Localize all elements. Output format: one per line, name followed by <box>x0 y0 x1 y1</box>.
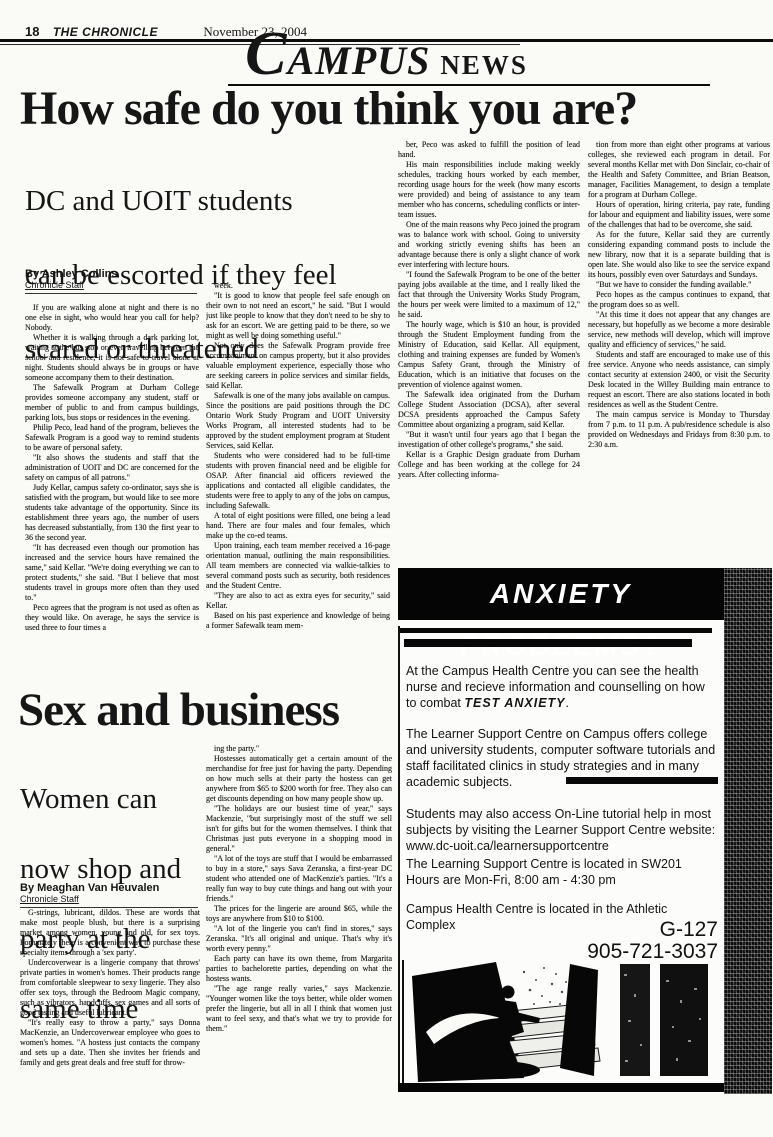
ad-paragraph-3: Students may also access On-Line tutoria… <box>406 806 718 854</box>
paragraph: "The age range really varies," says Mack… <box>206 984 392 1034</box>
paragraph: As for the future, Kellar said they are … <box>588 230 770 280</box>
section-masthead: CAMPUSNEWS <box>0 28 773 84</box>
ad-left-border <box>398 626 400 1088</box>
paragraph: The hourly wage, which is $10 an hour, i… <box>398 320 580 390</box>
paragraph: G-strings, lubricant, dildos. These are … <box>20 908 200 958</box>
paragraph: "But we have to consider the funding ava… <box>588 280 770 290</box>
paragraph: The Safewalk idea originated from the Du… <box>398 390 580 430</box>
paragraph: "But it wasn't until four years ago that… <box>398 430 580 450</box>
ad-room-number: G-127 <box>406 918 718 942</box>
subhead-line: Women can <box>20 779 205 820</box>
masthead-initial: C <box>245 20 287 88</box>
second-article-column-1: G-strings, lubricant, dildos. These are … <box>20 908 200 1108</box>
paragraph: "I found the Safewalk Program to be one … <box>398 270 580 320</box>
paragraph: Judy Kellar, campus safety co-ordinator,… <box>25 483 199 543</box>
ad-paragraph-1: At the Campus Health Centre you can see … <box>406 663 718 711</box>
paragraph: Students who were considered had to be f… <box>206 451 390 511</box>
newspaper-page: 18 THE CHRONICLE November 23, 2004 CAMPU… <box>0 0 773 1137</box>
ad-divider-bar <box>566 777 718 784</box>
byline-role: Chronicle Staff <box>20 894 198 905</box>
paragraph: Undercoverwear is a lingerie company tha… <box>20 958 200 1018</box>
paragraph: Peco hopes as the campus continues to ex… <box>588 290 770 310</box>
paragraph: "They are also to act as extra eyes for … <box>206 591 390 611</box>
paragraph: Not only does the Safewalk Program provi… <box>206 341 390 391</box>
paragraph: "It's really easy to throw a party," say… <box>20 1018 200 1068</box>
ad-location-line-2: Hours are Mon-Fri, 8:00 am - 4:30 pm <box>406 872 718 888</box>
paragraph: Philip Peco, lead hand of the program, b… <box>25 423 199 453</box>
byline-author: By Ashley Collins <box>25 268 197 280</box>
paragraph: Hostesses automatically get a certain am… <box>206 754 392 804</box>
ad-location-line-1: The Learning Support Centre is located i… <box>406 856 718 872</box>
main-article-column-1: If you are walking alone at night and th… <box>25 303 199 660</box>
stairs-illustration <box>402 960 720 1083</box>
paragraph: The prices for the lingerie are around $… <box>206 904 392 924</box>
paragraph: A total of eight positions were filled, … <box>206 511 390 541</box>
paragraph: "A lot of the lingerie you can't find in… <box>206 924 392 954</box>
second-byline: By Meaghan Van Heuvalen Chronicle Staff <box>20 882 198 908</box>
stairs-illustration-svg <box>404 960 720 1083</box>
paragraph: "At this time it does not appear that an… <box>588 310 770 350</box>
anxiety-ad: ANXIETY PROBLEMS? At the Campus Health C… <box>398 568 772 1094</box>
byline-author: By Meaghan Van Heuvalen <box>20 882 198 894</box>
paragraph: "The holidays are our busiest time of ye… <box>206 804 392 854</box>
paragraph: week. <box>206 281 390 291</box>
paragraph: "It also shows the students and staff th… <box>25 453 199 483</box>
second-article-column-2: ing the party."Hostesses automatically g… <box>206 744 392 1124</box>
paragraph: Upon training, each team member received… <box>206 541 390 591</box>
main-headline: How safe do you think you are? <box>20 82 765 136</box>
masthead-rest: AMPUS <box>288 38 431 83</box>
paragraph: Students and staff are encouraged to mak… <box>588 350 770 410</box>
paragraph: Peco agrees that the program is not used… <box>25 603 199 633</box>
masthead-suffix: NEWS <box>440 50 528 80</box>
paragraph: If you are walking alone at night and th… <box>25 303 199 333</box>
paragraph: "It is good to know that people feel saf… <box>206 291 390 341</box>
paragraph: Each party can have its own theme, from … <box>206 954 392 984</box>
main-article-column-4: tion from more than eight other programs… <box>588 140 770 562</box>
paragraph: His main responsibilities include making… <box>398 160 580 220</box>
ad-noise-strip <box>724 568 772 1094</box>
paragraph: ber, Peco was asked to fulfill the posit… <box>398 140 580 160</box>
paragraph: ing the party." <box>206 744 392 754</box>
paragraph: Whether it is walking through a dark par… <box>25 333 199 383</box>
byline-role: Chronicle Staff <box>25 280 197 291</box>
paragraph: Safewalk is one of the many jobs availab… <box>206 391 390 451</box>
paragraph: tion from more than eight other programs… <box>588 140 770 200</box>
paragraph: One of the main reasons why Peco joined … <box>398 220 580 270</box>
ad-rule <box>404 639 692 647</box>
paragraph: "It has decreased even though our promot… <box>25 543 199 603</box>
ad-rule <box>400 628 712 633</box>
ad-test-anxiety-emphasis: TEST ANXIETY <box>464 696 565 710</box>
subhead-line: DC and UOIT students <box>25 179 405 224</box>
paragraph: Hours of operation, hiring criteria, pay… <box>588 200 770 230</box>
paragraph: The Safewalk Program at Durham College p… <box>25 383 199 423</box>
paragraph: "A lot of the toys are stuff that I woul… <box>206 854 392 904</box>
paragraph: The main campus service is Monday to Thu… <box>588 410 770 450</box>
ad-title-banner: ANXIETY PROBLEMS? <box>398 568 724 620</box>
paragraph: Based on his past experience and knowled… <box>206 611 390 631</box>
main-article-column-3: ber, Peco was asked to fulfill the posit… <box>398 140 580 562</box>
main-byline: By Ashley Collins Chronicle Staff <box>25 268 197 294</box>
main-article-column-2: week."It is good to know that people fee… <box>206 281 390 661</box>
ad-bottom-border <box>398 1083 724 1092</box>
ad-paragraph-1-end: . <box>566 696 569 710</box>
second-headline: Sex and business <box>18 683 398 737</box>
paragraph: Kellar is a Graphic Design graduate from… <box>398 450 580 480</box>
